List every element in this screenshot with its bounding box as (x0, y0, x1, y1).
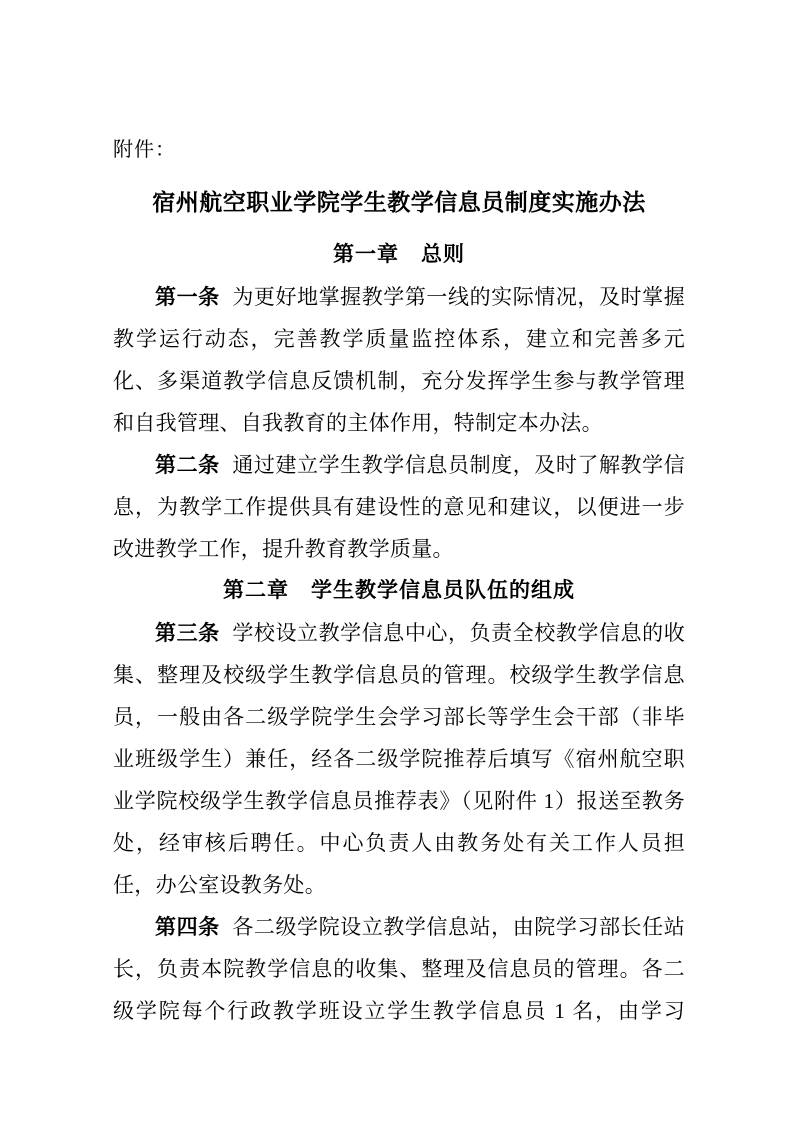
document-page: 附件： 宿州航空职业学院学生教学信息员制度实施办法 第一章 总则第一条为更好地掌… (0, 0, 793, 1122)
paragraph: 第四条各二级学院设立教学信息站，由院学习部长任站长，负责本院教学信息的收集、整理… (113, 906, 685, 1032)
chapter-heading: 第一章 总则 (113, 234, 685, 276)
article-number: 第四条 (155, 915, 220, 939)
paragraph: 第二条通过建立学生教学信息员制度，及时了解教学信息，为教学工作提供具有建设性的意… (113, 444, 685, 570)
article-number: 第二条 (155, 453, 220, 477)
paragraph-text: 学校设立教学信息中心，负责全校教学信息的收集、整理及校级学生教学信息员的管理。校… (113, 621, 685, 897)
article-number: 第三条 (155, 621, 220, 645)
attachment-label: 附件： (113, 138, 685, 162)
article-number: 第一条 (155, 285, 220, 309)
paragraph: 第三条学校设立教学信息中心，负责全校教学信息的收集、整理及校级学生教学信息员的管… (113, 612, 685, 906)
document-body: 第一章 总则第一条为更好地掌握教学第一线的实际情况，及时掌握教学运行动态，完善教… (113, 234, 685, 1032)
paragraph: 第一条为更好地掌握教学第一线的实际情况，及时掌握教学运行动态，完善教学质量监控体… (113, 276, 685, 444)
document-title: 宿州航空职业学院学生教学信息员制度实施办法 (113, 188, 685, 218)
chapter-heading: 第二章 学生教学信息员队伍的组成 (113, 570, 685, 612)
